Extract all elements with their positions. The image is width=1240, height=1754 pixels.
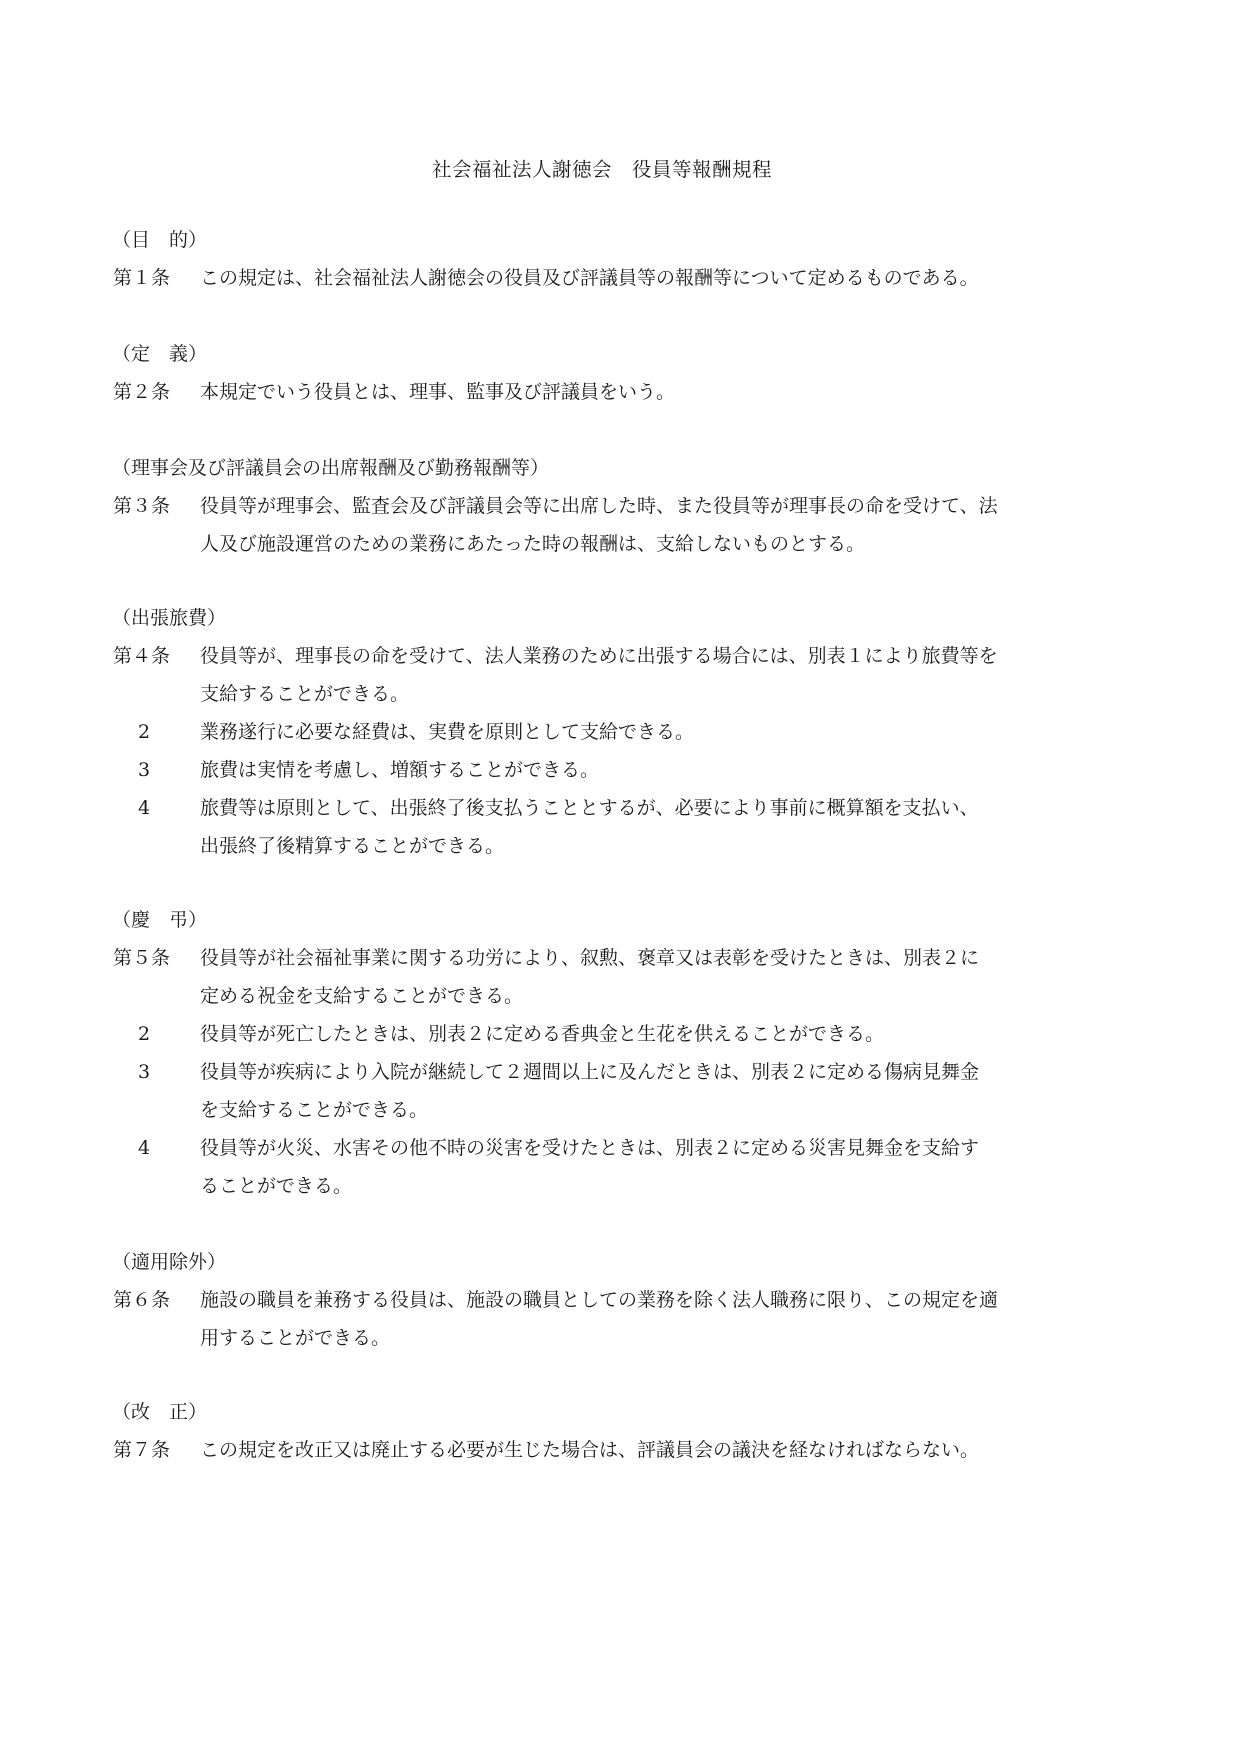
article-4-item-2-text: 業務遂行に必要な経費は、実費を原則として支給できる。 bbox=[200, 720, 694, 744]
article-7-heading: （改 正） bbox=[112, 1400, 207, 1424]
article-3-label: 第３条 bbox=[113, 494, 170, 518]
article-4-label: 第４条 bbox=[113, 644, 170, 668]
article-5-item-3-text-line-2: を支給することができる。 bbox=[200, 1098, 428, 1122]
article-1-heading: （目 的） bbox=[112, 228, 207, 252]
article-5-item-3-number: 3 bbox=[138, 1060, 150, 1084]
article-2-text: 本規定でいう役員とは、理事、監事及び評議員をいう。 bbox=[200, 380, 675, 404]
article-4-item-4-text-line-1: 旅費等は原則として、出張終了後支払うこととするが、必要により事前に概算額を支払い… bbox=[200, 796, 979, 820]
article-4-item-4-number: 4 bbox=[138, 796, 150, 820]
article-1-text: この規定は、社会福祉法人謝徳会の役員及び評議員等の報酬等について定めるものである… bbox=[200, 266, 979, 290]
article-5-item-4-text-line-2: ることができる。 bbox=[200, 1174, 352, 1198]
article-4-item-4-text-line-2: 出張終了後精算することができる。 bbox=[200, 834, 504, 858]
article-5-item-2-number: 2 bbox=[138, 1022, 150, 1046]
article-2-label: 第２条 bbox=[113, 380, 170, 404]
article-6-text-line-1: 施設の職員を兼務する役員は、施設の職員としての業務を除く法人職務に限り、この規定… bbox=[200, 1288, 998, 1312]
article-6-heading: （適用除外） bbox=[112, 1250, 226, 1274]
article-3-text-line-2: 人及び施設運営のための業務にあたった時の報酬は、支給しないものとする。 bbox=[200, 532, 865, 556]
article-2-heading: （定 義） bbox=[112, 342, 207, 366]
document-title: 社会福祉法人謝徳会 役員等報酬規程 bbox=[432, 158, 772, 182]
article-5-item-2-text: 役員等が死亡したときは、別表２に定める香典金と生花を供えることができる。 bbox=[200, 1022, 884, 1046]
article-4-item-3-number: 3 bbox=[138, 758, 150, 782]
article-5-label: 第５条 bbox=[113, 946, 170, 970]
article-4-heading: （出張旅費） bbox=[112, 606, 226, 630]
article-4-text-line-2: 支給することができる。 bbox=[200, 682, 409, 706]
article-5-item-4-number: 4 bbox=[138, 1136, 150, 1160]
article-4-text-line-1: 役員等が、理事長の命を受けて、法人業務のために出張する場合には、別表１により旅費… bbox=[200, 644, 998, 668]
article-7-label: 第７条 bbox=[113, 1438, 170, 1462]
article-4-item-2-number: 2 bbox=[138, 720, 150, 744]
article-5-text-line-1: 役員等が社会福祉事業に関する功労により、叙勲、褒章又は表彰を受けたときは、別表２… bbox=[200, 946, 979, 970]
article-3-text-line-1: 役員等が理事会、監査会及び評議員会等に出席した時、また役員等が理事長の命を受けて… bbox=[200, 494, 998, 518]
article-5-item-4-text-line-1: 役員等が火災、水害その他不時の災害を受けたときは、別表２に定める災害見舞金を支給… bbox=[200, 1136, 979, 1160]
article-6-text-line-2: 用することができる。 bbox=[200, 1326, 390, 1350]
article-3-heading: （理事会及び評議員会の出席報酬及び勤務報酬等） bbox=[112, 456, 549, 480]
article-5-text-line-2: 定める祝金を支給することができる。 bbox=[200, 984, 523, 1008]
article-4-item-3-text: 旅費は実情を考慮し、増額することができる。 bbox=[200, 758, 599, 782]
article-6-label: 第６条 bbox=[113, 1288, 170, 1312]
article-5-item-3-text-line-1: 役員等が疾病により入院が継続して２週間以上に及んだときは、別表２に定める傷病見舞… bbox=[200, 1060, 979, 1084]
article-7-text: この規定を改正又は廃止する必要が生じた場合は、評議員会の議決を経なければならない… bbox=[200, 1438, 979, 1462]
article-5-heading: （慶 弔） bbox=[112, 908, 207, 932]
article-1-label: 第１条 bbox=[113, 266, 170, 290]
